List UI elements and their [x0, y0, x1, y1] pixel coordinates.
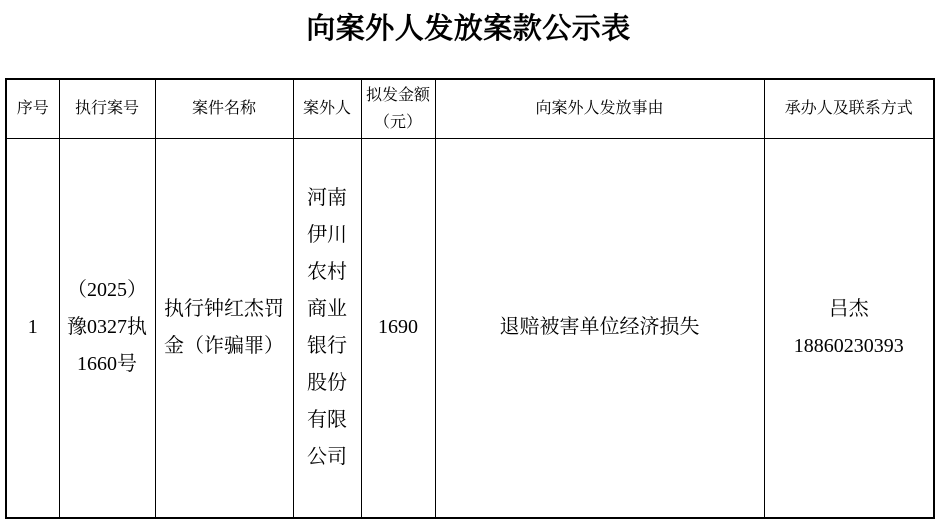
- notice-table: 序号 执行案号 案件名称 案外人 拟发金额 （元） 向案外人发放事由 承办人及联…: [5, 78, 935, 519]
- column-header-reason: 向案外人发放事由: [435, 79, 764, 138]
- column-header-case-number: 执行案号: [59, 79, 155, 138]
- cell-index: 1: [6, 138, 59, 518]
- column-header-index: 序号: [6, 79, 59, 138]
- cell-reason: 退赔被害单位经济损失: [435, 138, 764, 518]
- cell-case-number: （2025） 豫0327执 1660号: [59, 138, 155, 518]
- cell-outsider: 河南 伊川 农村 商业 银行 股份 有限 公司: [293, 138, 361, 518]
- table-header-row: 序号 执行案号 案件名称 案外人 拟发金额 （元） 向案外人发放事由 承办人及联…: [6, 79, 934, 138]
- column-header-handler: 承办人及联系方式: [764, 79, 934, 138]
- column-header-case-name: 案件名称: [155, 79, 293, 138]
- cell-amount: 1690: [361, 138, 435, 518]
- cell-case-name: 执行钟红杰罚 金（诈骗罪）: [155, 138, 293, 518]
- column-header-amount: 拟发金额 （元）: [361, 79, 435, 138]
- cell-handler: 吕杰 18860230393: [764, 138, 934, 518]
- document-title: 向案外人发放案款公示表: [0, 6, 937, 47]
- table-row: 1 （2025） 豫0327执 1660号 执行钟红杰罚 金（诈骗罪） 河南 伊…: [6, 138, 934, 518]
- column-header-outsider: 案外人: [293, 79, 361, 138]
